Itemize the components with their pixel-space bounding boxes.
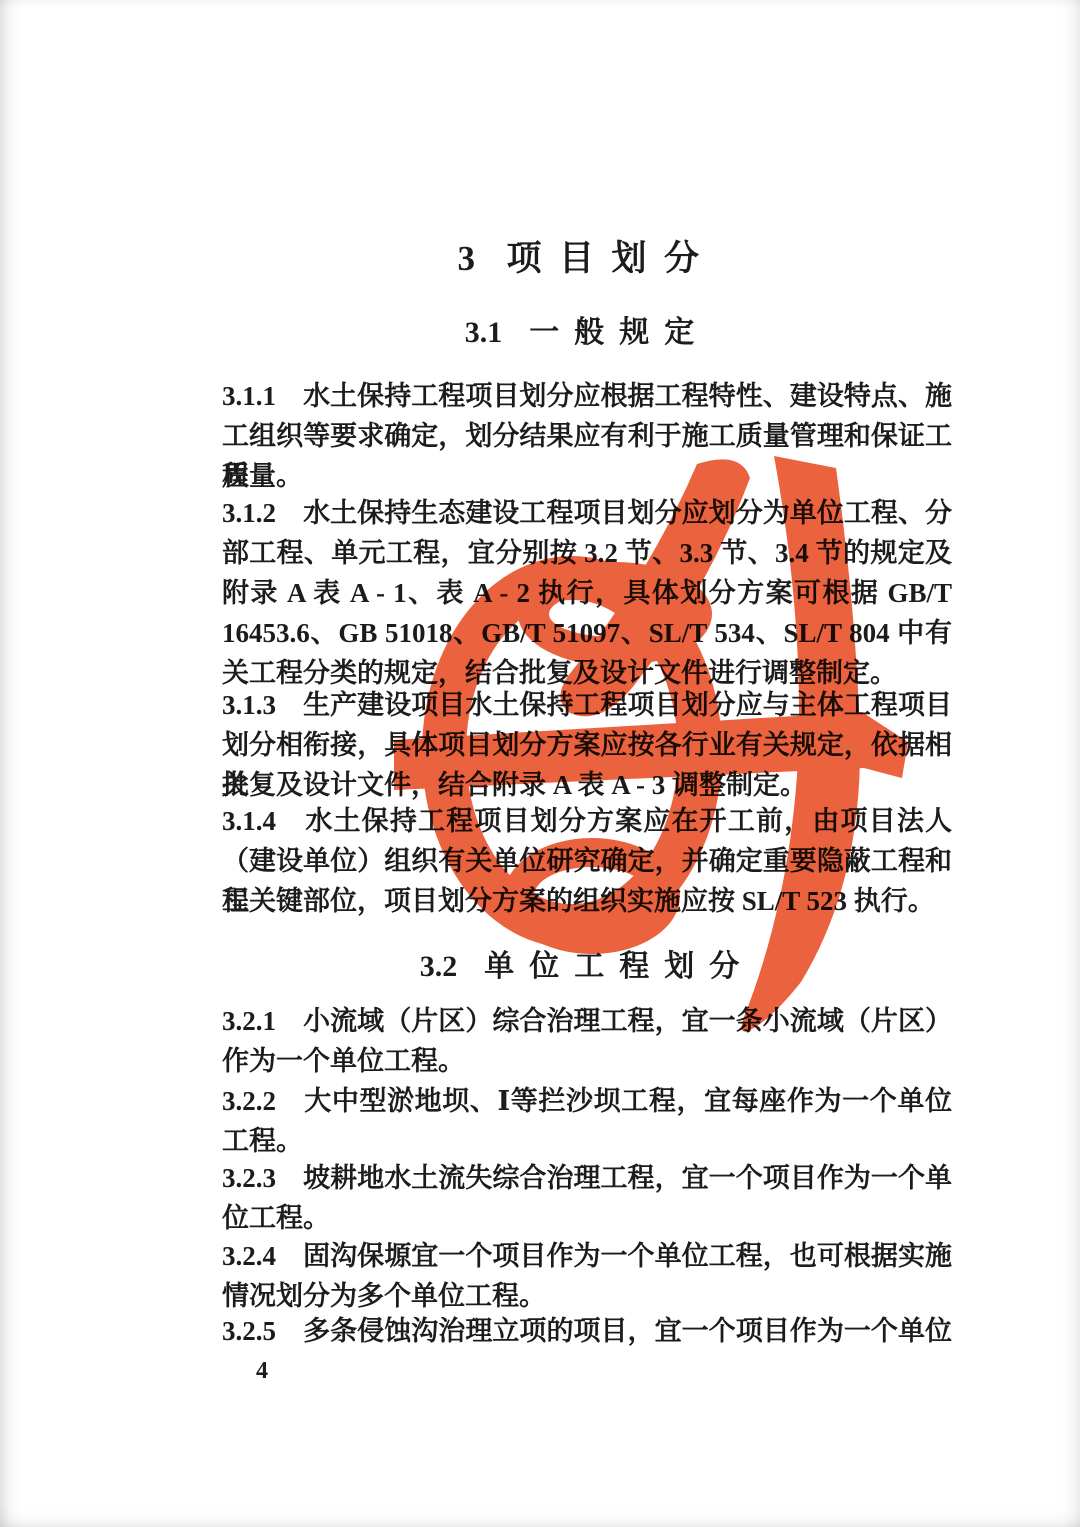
text-line: 工组织等要求确定，划分结果应有利于施工质量管理和保证工程 [222,416,952,456]
page-number: 4 [222,1356,986,1386]
text-line: 3.1.3 生产建设项目水土保持工程项目划分应与主体工程项目 [222,685,952,725]
clause-3-2-4: 3.2.4 固沟保塬宜一个项目作为一个单位工程，也可根据实施 情况划分为多个单位… [222,1236,952,1316]
text-line: 情况划分为多个单位工程。 [222,1276,952,1316]
text-line: 部工程、单元工程，宜分别按 3.2 节、3.3 节、3.4 节的规定及 [222,533,952,573]
clause-3-2-5: 3.2.5 多条侵蚀沟治理立项的项目，宜一个项目作为一个单位 [222,1311,952,1351]
text-line: 工程。 [222,1121,952,1161]
text-line: 3.2.4 固沟保塬宜一个项目作为一个单位工程，也可根据实施 [222,1236,952,1276]
text-line: 3.2.3 坡耕地水土流失综合治理工程，宜一个项目作为一个单 [222,1158,952,1198]
text-line: 3.2.5 多条侵蚀沟治理立项的项目，宜一个项目作为一个单位 [222,1311,952,1351]
clause-3-1-2: 3.1.2 水土保持生态建设工程项目划分应划分为单位工程、分 部工程、单元工程，… [222,493,952,693]
text-line: 划分相衔接，具体项目划分方案应按各行业有关规定，依据相关 [222,725,952,765]
clause-3-2-3: 3.2.3 坡耕地水土流失综合治理工程，宜一个项目作为一个单 位工程。 [222,1158,952,1238]
text-line: 位工程。 [222,1198,952,1238]
clause-3-1-4: 3.1.4 水土保持工程项目划分方案应在开工前，由项目法人 （建设单位）组织有关… [222,801,952,921]
text-line: 程关键部位，项目划分方案的组织实施应按 SL/T 523 执行。 [222,881,952,921]
chapter-number: 3 [457,239,475,278]
text-line: 批复及设计文件，结合附录 A 表 A - 3 调整制定。 [222,765,952,805]
text-line: 3.2.2 大中型淤地坝、Ⅰ等拦沙坝工程，宜每座作为一个单位 [222,1081,952,1121]
section-heading-3-1: 3.1一般规定 [222,312,952,354]
clause-3-1-3: 3.1.3 生产建设项目水土保持工程项目划分应与主体工程项目 划分相衔接，具体项… [222,685,952,805]
text-line: 作为一个单位工程。 [222,1041,952,1081]
page-title: 3项目划分 [222,236,952,282]
text-line: 16453.6、GB 51018、GB/T 51097、SL/T 534、SL/… [222,613,952,653]
text-line: （建设单位）组织有关单位研究确定，并确定重要隐蔽工程和工 [222,841,952,881]
section-number: 3.1 [465,316,503,349]
text-line: 3.1.1 水土保持工程项目划分应根据工程特性、建设特点、施 [222,376,952,416]
text-line: 附录 A 表 A - 1、表 A - 2 执行，具体划分方案可根据 GB/T [222,573,952,613]
section-title-text: 一般规定 [529,316,709,349]
clause-3-2-2: 3.2.2 大中型淤地坝、Ⅰ等拦沙坝工程，宜每座作为一个单位 工程。 [222,1081,952,1161]
section-title-text: 单位工程划分 [484,950,754,983]
section-heading-3-2: 3.2单位工程划分 [222,946,952,988]
text-line: 3.1.2 水土保持生态建设工程项目划分应划分为单位工程、分 [222,493,952,533]
section-number: 3.2 [420,950,458,983]
chapter-title-text: 项目划分 [506,239,716,278]
text-line: 质量。 [222,456,952,496]
document-page: 3项目划分 3.1一般规定 3.1.1 水土保持工程项目划分应根据工程特性、建设… [0,0,1080,1527]
clause-3-1-1: 3.1.1 水土保持工程项目划分应根据工程特性、建设特点、施 工组织等要求确定，… [222,376,952,496]
clause-3-2-1: 3.2.1 小流域（片区）综合治理工程，宜一条小流域（片区） 作为一个单位工程。 [222,1001,952,1081]
text-line: 3.1.4 水土保持工程项目划分方案应在开工前，由项目法人 [222,801,952,841]
text-line: 3.2.1 小流域（片区）综合治理工程，宜一条小流域（片区） [222,1001,952,1041]
